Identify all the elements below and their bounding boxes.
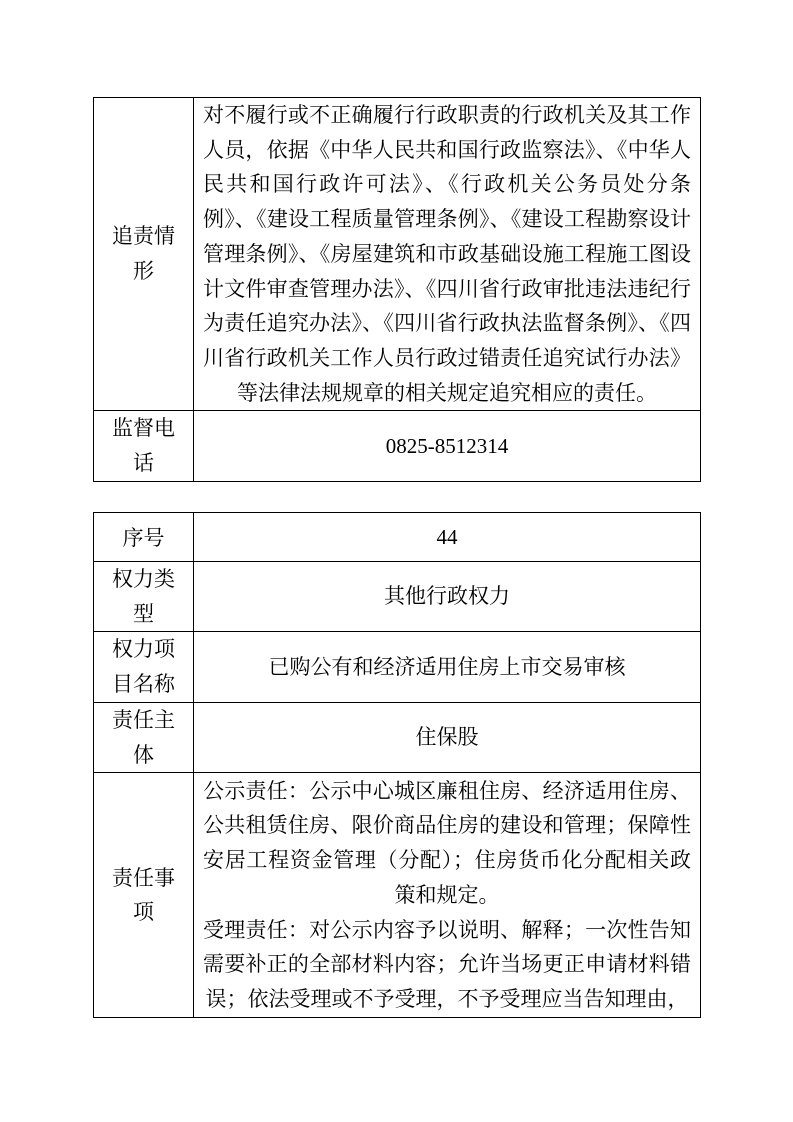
serial-number-value: 44 (194, 513, 701, 562)
accountability-situations-label-cell: 追责情形 (94, 98, 194, 411)
responsibility-items-paragraph-publicity: 公示责任：公示中心城区廉租住房、经济适用住房、公共租赁住房、限价商品住房的建设和… (203, 774, 691, 913)
responsibility-items-label-cell: 责任事项 (94, 773, 194, 1018)
power-type-label: 权力类型 (111, 562, 177, 631)
document-page: 追责情形 对不履行或不正确履行行政职责的行政机关及其工作人员，依据《中华人民共和… (0, 0, 793, 1122)
power-item-table: 序号 44 权力类型 其他行政权力 权力项目名称 已购公有和经济适用住房上市交易… (93, 512, 701, 1018)
power-item-name-value: 已购公有和经济适用住房上市交易审核 (194, 632, 701, 702)
responsibility-items-paragraph-acceptance: 受理责任：对公示内容予以说明、解释；一次性告知需要补正的全部材料内容；允许当场更… (203, 913, 691, 1017)
power-type-label-cell: 权力类型 (94, 562, 194, 632)
serial-number-label: 序号 (111, 521, 177, 556)
power-type-value: 其他行政权力 (194, 562, 701, 632)
row-power-item-name: 权力项目名称 已购公有和经济适用住房上市交易审核 (94, 632, 701, 702)
power-item-name-label: 权力项目名称 (111, 632, 177, 701)
row-responsible-entity: 责任主体 住保股 (94, 702, 701, 772)
supervision-phone-label: 监督电话 (111, 411, 177, 480)
accountability-situations-text: 对不履行或不正确履行行政职责的行政机关及其工作人员，依据《中华人民共和国行政监察… (203, 98, 691, 410)
row-responsibility-items: 责任事项 公示责任：公示中心城区廉租住房、经济适用住房、公共租赁住房、限价商品住… (94, 773, 701, 1018)
row-accountability-situations: 追责情形 对不履行或不正确履行行政职责的行政机关及其工作人员，依据《中华人民共和… (94, 98, 701, 411)
responsible-entity-label-cell: 责任主体 (94, 702, 194, 772)
responsible-entity-label: 责任主体 (111, 703, 177, 772)
responsible-entity-value: 住保股 (194, 702, 701, 772)
serial-number-label-cell: 序号 (94, 513, 194, 562)
supervision-phone-value: 0825-8512314 (194, 411, 701, 481)
supervision-phone-label-cell: 监督电话 (94, 411, 194, 481)
responsibility-items-value-cell: 公示责任：公示中心城区廉租住房、经济适用住房、公共租赁住房、限价商品住房的建设和… (194, 773, 701, 1018)
row-serial-number: 序号 44 (94, 513, 701, 562)
supervision-info-table: 追责情形 对不履行或不正确履行行政职责的行政机关及其工作人员，依据《中华人民共和… (93, 97, 701, 482)
accountability-situations-label: 追责情形 (111, 219, 177, 288)
power-item-name-label-cell: 权力项目名称 (94, 632, 194, 702)
responsibility-items-label: 责任事项 (111, 861, 177, 930)
row-power-type: 权力类型 其他行政权力 (94, 562, 701, 632)
row-supervision-phone: 监督电话 0825-8512314 (94, 411, 701, 481)
accountability-situations-value-cell: 对不履行或不正确履行行政职责的行政机关及其工作人员，依据《中华人民共和国行政监察… (194, 98, 701, 411)
